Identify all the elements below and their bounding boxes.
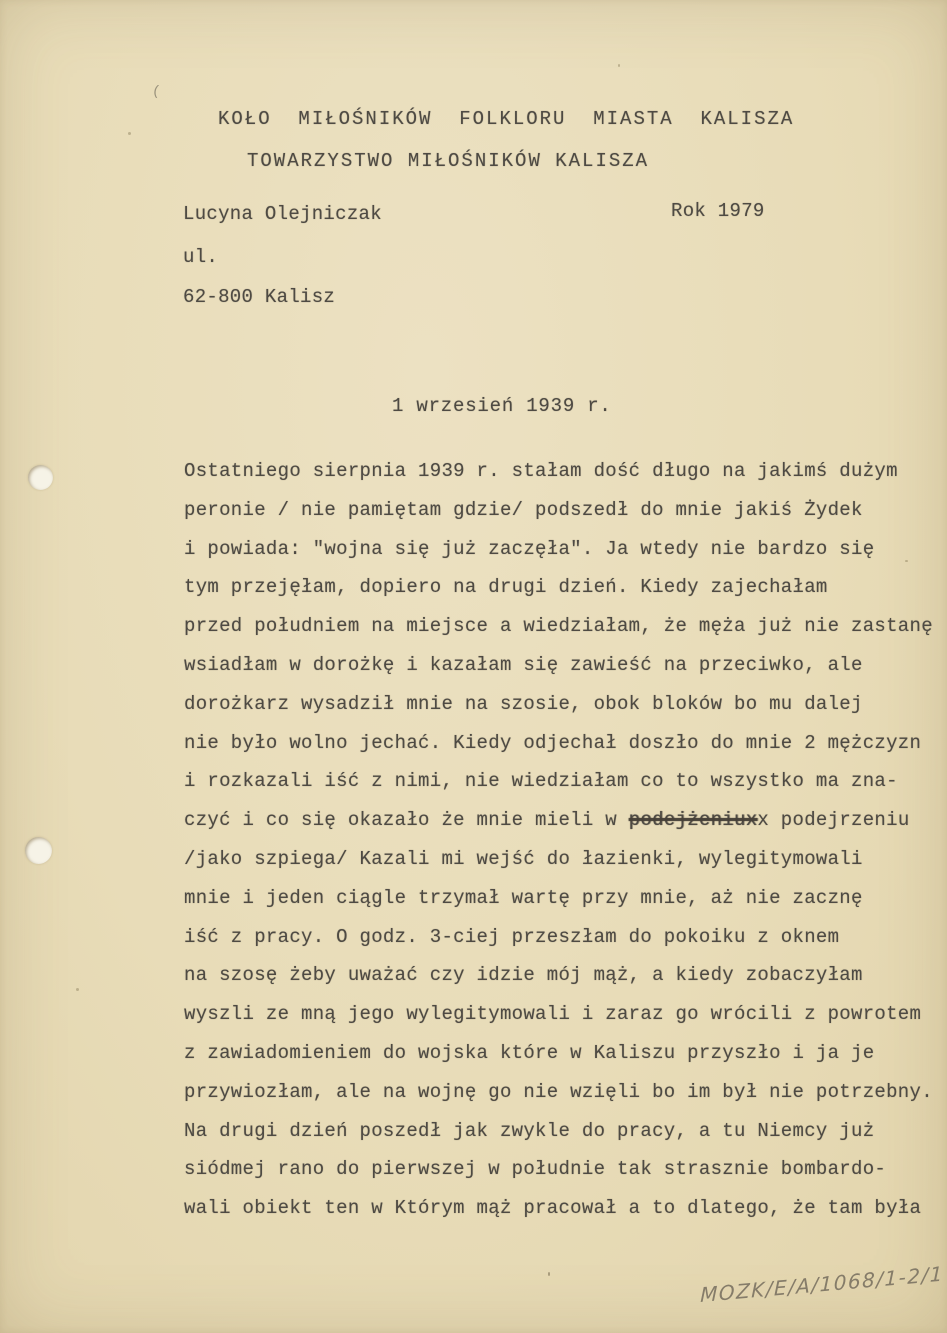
typed-line-with-strikethrough: czyć i co się okazało że mnie mieli w po…: [184, 801, 944, 840]
typed-line: nie było wolno jechać. Kiedy odjechał do…: [184, 724, 944, 763]
organization-name-line2: TOWARZYSTWO MIŁOŚNIKÓW KALISZA: [247, 150, 649, 172]
typed-line: iść z pracy. O godz. 3-ciej przeszłam do…: [184, 918, 944, 957]
typed-line: tym przejęłam, dopiero na drugi dzień. K…: [184, 568, 944, 607]
paper-speck: [618, 64, 620, 67]
author-street: ul.: [183, 246, 218, 268]
line-text-before-strike: czyć i co się okazało że mnie mieli w: [184, 809, 629, 831]
typed-line: przed południem na miejsce a wiedziałam,…: [184, 607, 944, 646]
typed-line: Na drugi dzień poszedł jak zwykle do pra…: [184, 1112, 944, 1151]
typed-line: przywiozłam, ale na wojnę go nie wzięli …: [184, 1073, 944, 1112]
punch-hole-bottom: [25, 837, 52, 864]
typed-line: dorożkarz wysadził mnie na szosie, obok …: [184, 685, 944, 724]
typed-line: na szosę żeby uważać czy idzie mój mąż, …: [184, 956, 944, 995]
document-title: 1 wrzesień 1939 r.: [392, 395, 612, 417]
typed-line: siódmej rano do pierwszej w południe tak…: [184, 1150, 944, 1189]
stray-pencil-mark: (: [151, 83, 162, 100]
typed-line: wyszli ze mną jego wylegitymowali i zara…: [184, 995, 944, 1034]
memoir-body-text: Ostatniego sierpnia 1939 r. stałam dość …: [184, 452, 944, 1228]
author-name: Lucyna Olejniczak: [183, 203, 382, 225]
paper-speck: [548, 1272, 550, 1276]
handwritten-archive-reference: MOZK/E/A/1068/1-2/1: [700, 1262, 944, 1307]
struck-out-word: podejżeniux: [629, 809, 758, 831]
organization-name-line1: KOŁO MIŁOŚNIKÓW FOLKLORU MIASTA KALISZA: [218, 108, 794, 130]
punch-hole-top: [28, 465, 53, 490]
typed-line: Ostatniego sierpnia 1939 r. stałam dość …: [184, 452, 944, 491]
typed-line: wsiadłam w dorożkę i kazałam się zawieść…: [184, 646, 944, 685]
paper-speck: [128, 132, 131, 135]
typed-line: peronie / nie pamiętam gdzie/ podszedł d…: [184, 491, 944, 530]
typed-line: wali obiekt ten w Którym mąż pracował a …: [184, 1189, 944, 1228]
typed-line: mnie i jeden ciągle trzymał wartę przy m…: [184, 879, 944, 918]
typed-line: i powiada: "wojna się już zaczęła". Ja w…: [184, 530, 944, 569]
typed-line: i rozkazali iść z nimi, nie wiedziałam c…: [184, 762, 944, 801]
paper-speck: [76, 988, 79, 991]
line-text-after-strike: x podejrzeniu: [757, 809, 909, 831]
scanned-document-page: ( KOŁO MIŁOŚNIKÓW FOLKLORU MIASTA KALISZ…: [0, 0, 947, 1333]
typed-line: z zawiadomieniem do wojska które w Kalis…: [184, 1034, 944, 1073]
author-city: 62-800 Kalisz: [183, 286, 335, 308]
year-label: Rok 1979: [671, 200, 765, 222]
typed-line: /jako szpiega/ Kazali mi wejść do łazien…: [184, 840, 944, 879]
